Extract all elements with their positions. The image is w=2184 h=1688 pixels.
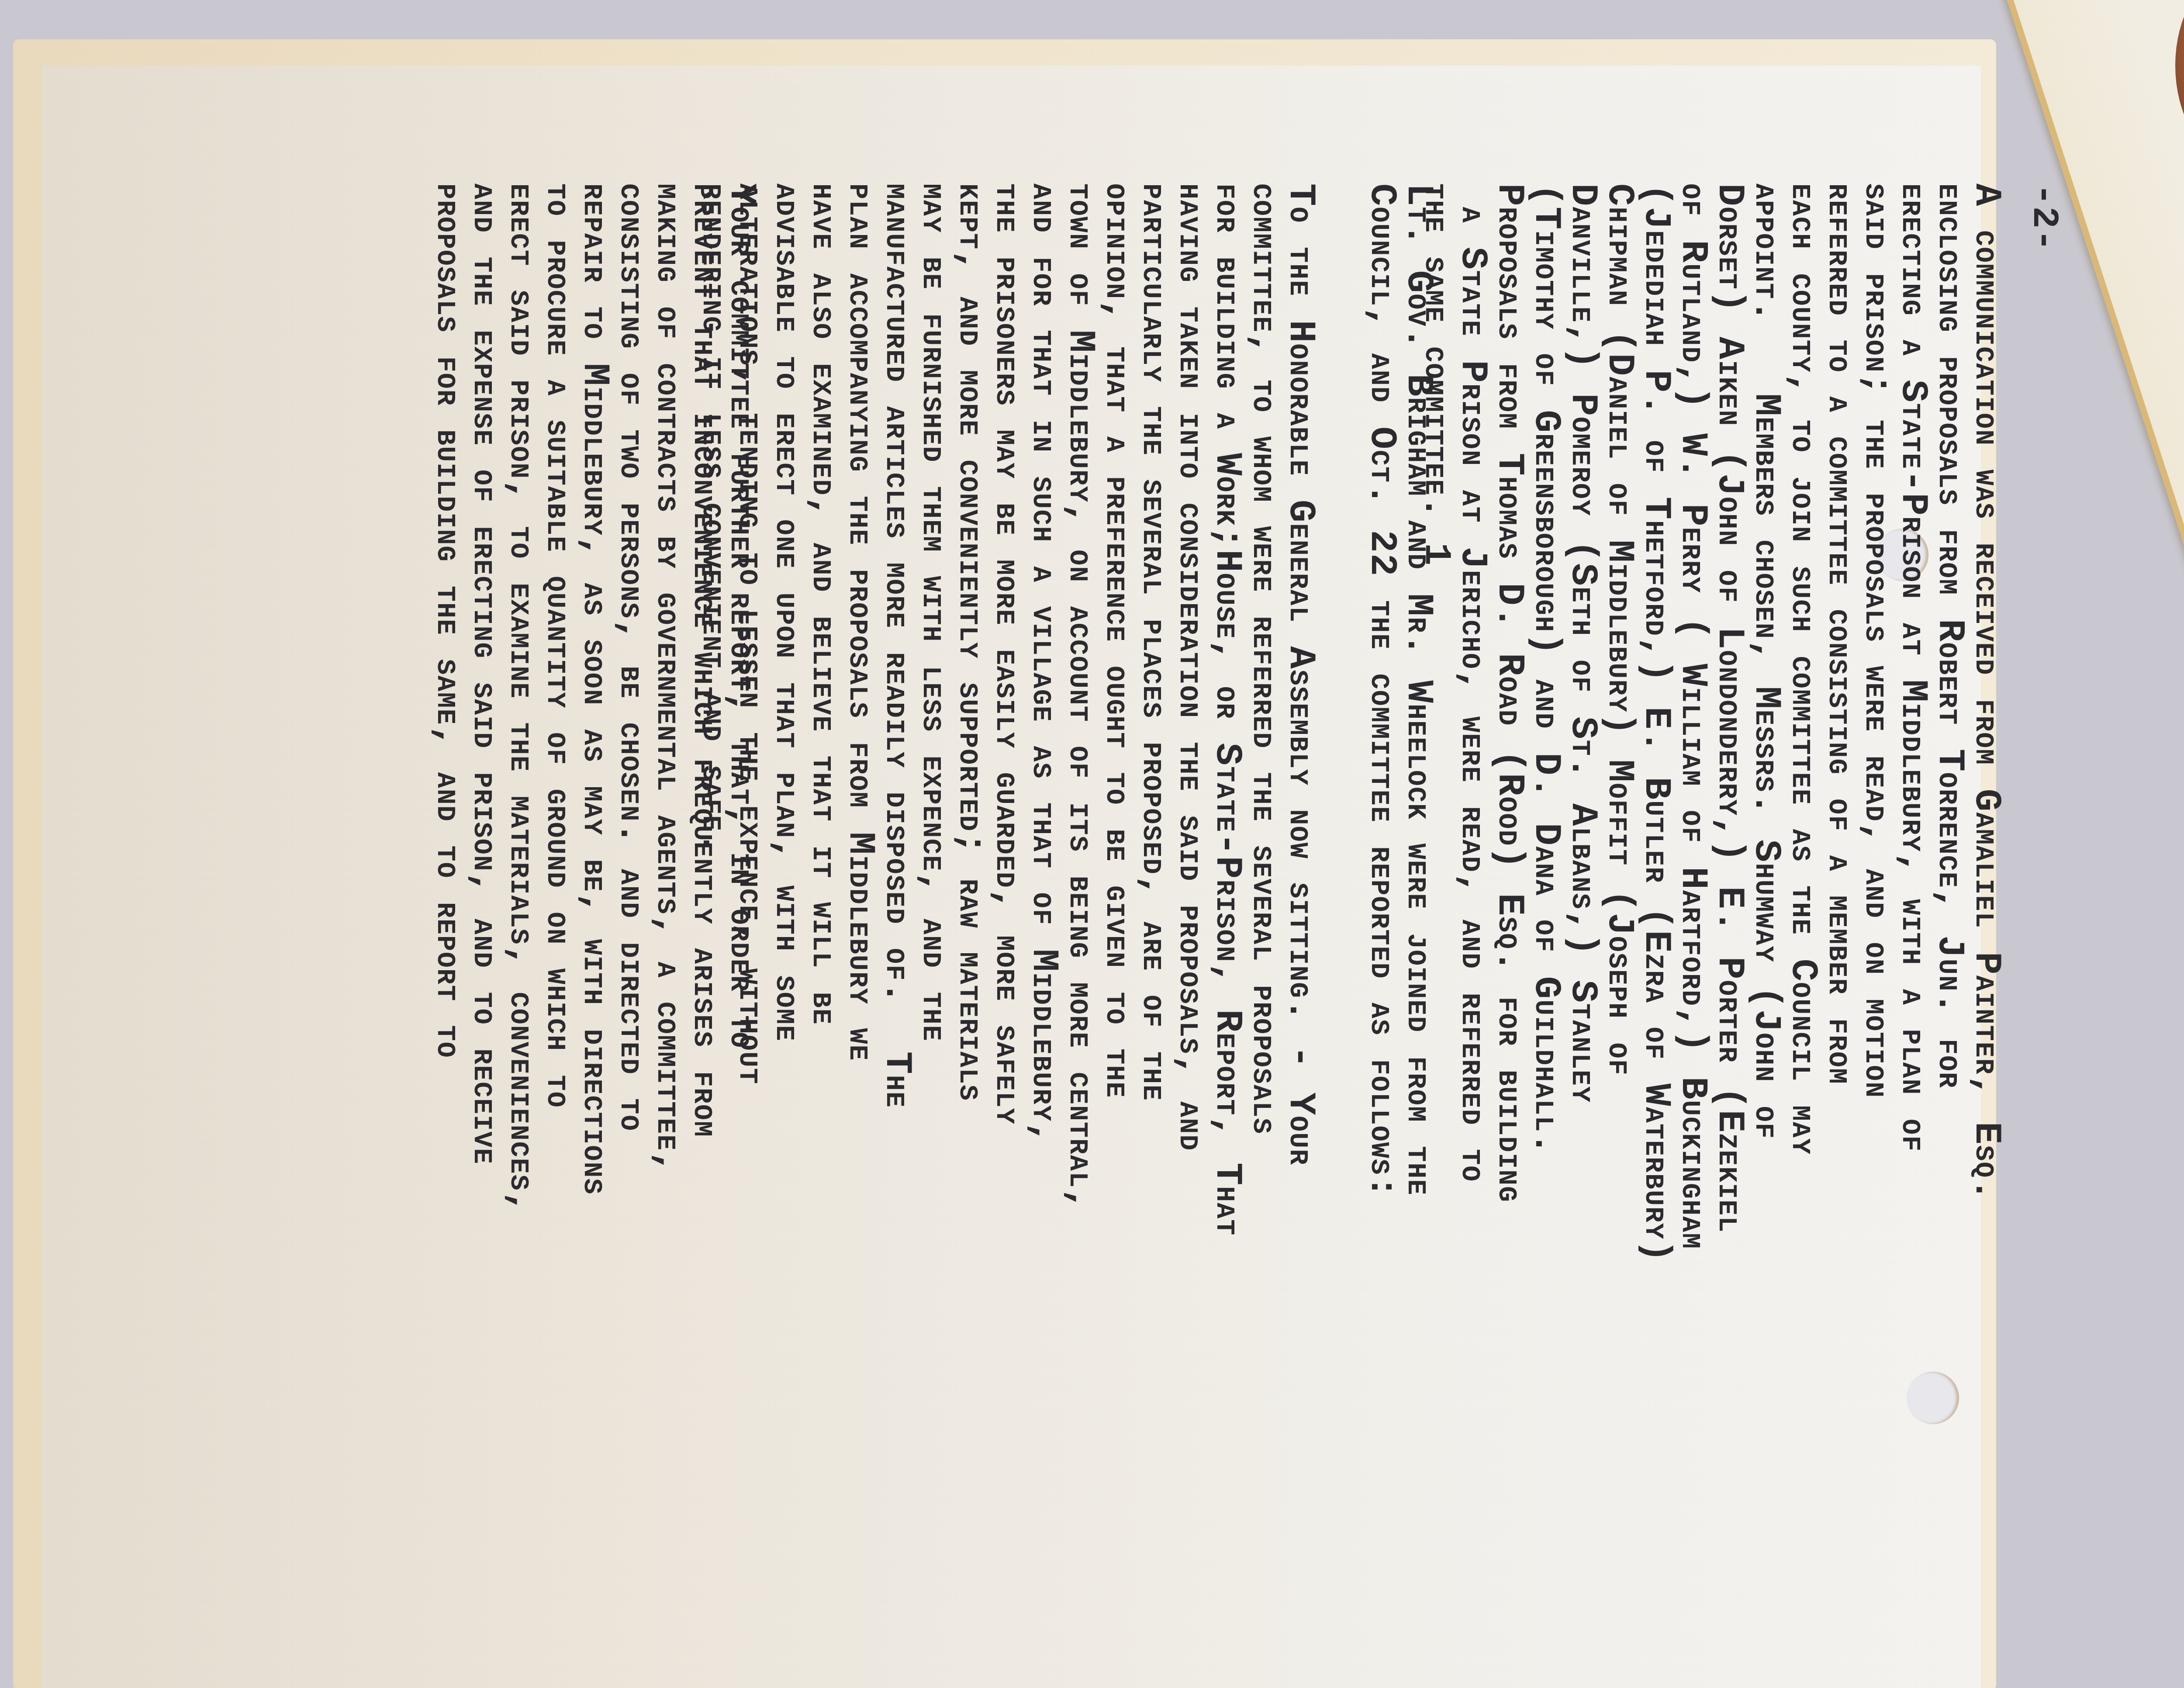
text-line: each county, to join such committee as t… (1785, 183, 1821, 1263)
text-line: advisable to erect one upon that plan, w… (769, 183, 805, 1236)
text-line: plan accompanying the proposals from Mid… (842, 183, 879, 1236)
text-line: (Timothy of Greensborough) and D. Dana o… (1528, 183, 1565, 1263)
text-line: committee, to whom were referred the sev… (1246, 183, 1282, 1236)
text-line: appoint. Members chosen, Messrs. Shumway… (1748, 183, 1785, 1263)
text-line: making of contracts by governmental agen… (650, 183, 687, 1214)
text-line: particularly the several places proposed… (1136, 183, 1172, 1236)
paragraph-committee-report: To the Honorable General Assembly now si… (695, 183, 1319, 1236)
document-page: -2- A communication was received from Ga… (271, 183, 2062, 1625)
text-line: and the expense of erecting said prison,… (467, 183, 503, 1214)
text-line: Council, and Oct. 22 the committee repor… (1364, 183, 1400, 1199)
text-line: erecting a State-Prison at Middlebury, w… (1895, 183, 1932, 1263)
text-line: proposals for building the same, and to … (430, 183, 467, 1214)
text-line: A communication was received from Gamali… (1968, 183, 2005, 1263)
paragraph-council-joined: Lt. Gov. Brigham and Mr. Wheelock were j… (1364, 183, 1437, 1199)
text-line: and for that in such a village as that o… (1026, 183, 1062, 1236)
text-line: manufactured articles more readily dispo… (879, 183, 916, 1236)
text-line: have also examined, and believe that it … (805, 183, 842, 1236)
text-line: Danville,) Pomeroy (Seth of St. Albans,)… (1565, 183, 1601, 1263)
text-line: for building a Work;House, or State-Pris… (1209, 183, 1246, 1236)
text-line: (Jedediah P. of Thetford,) E. Butler (Ez… (1638, 183, 1675, 1263)
text-line: repair to Middlebury, as soon as may be,… (577, 183, 613, 1214)
page-number: -2- (2025, 183, 2062, 252)
text-line: referred to a committee consisting of a … (1821, 183, 1858, 1263)
text-line: a State Prison at Jericho, were read, an… (1455, 183, 1491, 1263)
text-line: prevent that inconvenience which frequen… (687, 183, 723, 1214)
text-line: kept, and more conveniently supported; r… (952, 183, 989, 1236)
paragraph-communication: A communication was received from Gamali… (1418, 183, 2005, 1263)
text-line: to procure a suitable quantity of ground… (540, 183, 577, 1214)
text-line: the prisoners may be more easily guarded… (989, 183, 1026, 1236)
text-line: enclosing proposals from Robert Torrence… (1932, 183, 1968, 1263)
text-line: Proposals from Thomas D. Road (Rood) Esq… (1491, 183, 1528, 1263)
text-line: Your committee further report, that, in … (723, 183, 760, 1214)
text-line: of Rutland,) W. Perry ( William of Hartf… (1675, 183, 1711, 1263)
text-line: Chipman (Daniel of Middlebury) Moffit (J… (1601, 183, 1638, 1263)
text-line: having taken into consideration the said… (1172, 183, 1209, 1236)
text-line: town of Middlebury, on account of its be… (1062, 183, 1099, 1236)
text-line: consisting of two persons, be chosen. an… (613, 183, 650, 1214)
text-line: opinion, that a preference ought to be g… (1099, 183, 1136, 1236)
text-line: Lt. Gov. Brigham and Mr. Wheelock were j… (1400, 183, 1437, 1199)
text-line: To the Honorable General Assembly now si… (1282, 183, 1319, 1236)
text-line: Dorset) Aiken (John of Londonderry,) E. … (1711, 183, 1748, 1263)
text-line: may be furnished them with less expence,… (916, 183, 952, 1236)
text-line: erect said prison, to examine the materi… (503, 183, 540, 1214)
text-line: said prison; the proposals were read, an… (1858, 183, 1895, 1263)
paragraph-further-report: Your committee further report, that, in … (430, 183, 760, 1214)
